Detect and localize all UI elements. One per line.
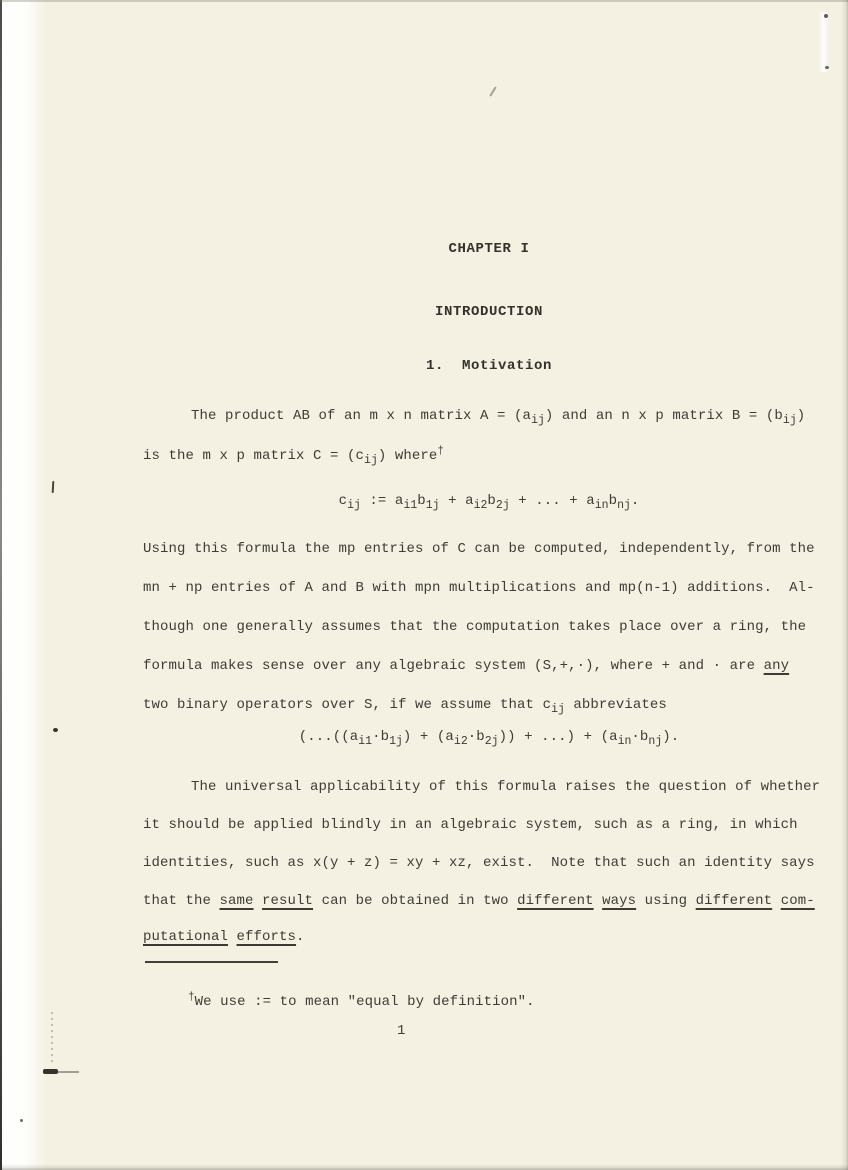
footnote-separator-rule — [145, 961, 278, 963]
margin-tick-mark — [52, 481, 55, 493]
paragraph-2-line-2: mn + np entries of A and B with mpn mult… — [143, 578, 815, 598]
paragraph-2-line-5: two binary operators over S, if we assum… — [143, 695, 667, 715]
scanned-page: CHAPTER I INTRODUCTION 1. Motivation The… — [0, 0, 848, 1170]
paragraph-1-line-1: The product AB of an m x n matrix A = (a… — [143, 406, 805, 426]
paragraph-2-line-4: formula makes sense over any algebraic s… — [143, 656, 789, 676]
scan-smudge-bottom-left — [43, 1069, 58, 1074]
paragraph-3-line-3: identities, such as x(y + z) = xy + xz, … — [143, 853, 815, 873]
paragraph-3-line-4: that the same result can be obtained in … — [143, 891, 815, 911]
paragraph-2-line-1: Using this formula the mp entries of C c… — [143, 539, 815, 559]
title-heading: INTRODUCTION — [143, 302, 835, 322]
paragraph-3-line-5: putational efforts. — [143, 927, 305, 947]
footnote-text: †We use := to mean "equal by definition"… — [188, 992, 535, 1012]
section-heading: 1. Motivation — [143, 356, 835, 376]
paragraph-1-line-2: is the m x p matrix C = (cij) where† — [143, 446, 444, 466]
scan-speck-bottom-left — [20, 1119, 23, 1122]
paragraph-3-line-1: The universal applicability of this form… — [143, 777, 820, 797]
page-number: 1 — [397, 1021, 406, 1041]
text-column: CHAPTER I INTRODUCTION 1. Motivation The… — [143, 0, 835, 1170]
scan-edge-right — [841, 0, 848, 1170]
scan-smudge-tail — [57, 1071, 79, 1073]
display-formula-2: (...((ai1·b1j) + (ai2·b2j)) + ...) + (ai… — [143, 727, 835, 747]
scan-dotted-line-bottom-left — [51, 1012, 53, 1064]
display-formula-1: cij := ai1b1j + ai2b2j + ... + ainbnj. — [143, 491, 835, 511]
margin-dot-mark — [53, 728, 58, 732]
chapter-heading: CHAPTER I — [143, 239, 835, 259]
paragraph-2-line-3: though one generally assumes that the co… — [143, 617, 806, 637]
paragraph-3-line-2: it should be applied blindly in an algeb… — [143, 815, 798, 835]
scan-edge-left-band — [2, 0, 48, 1170]
